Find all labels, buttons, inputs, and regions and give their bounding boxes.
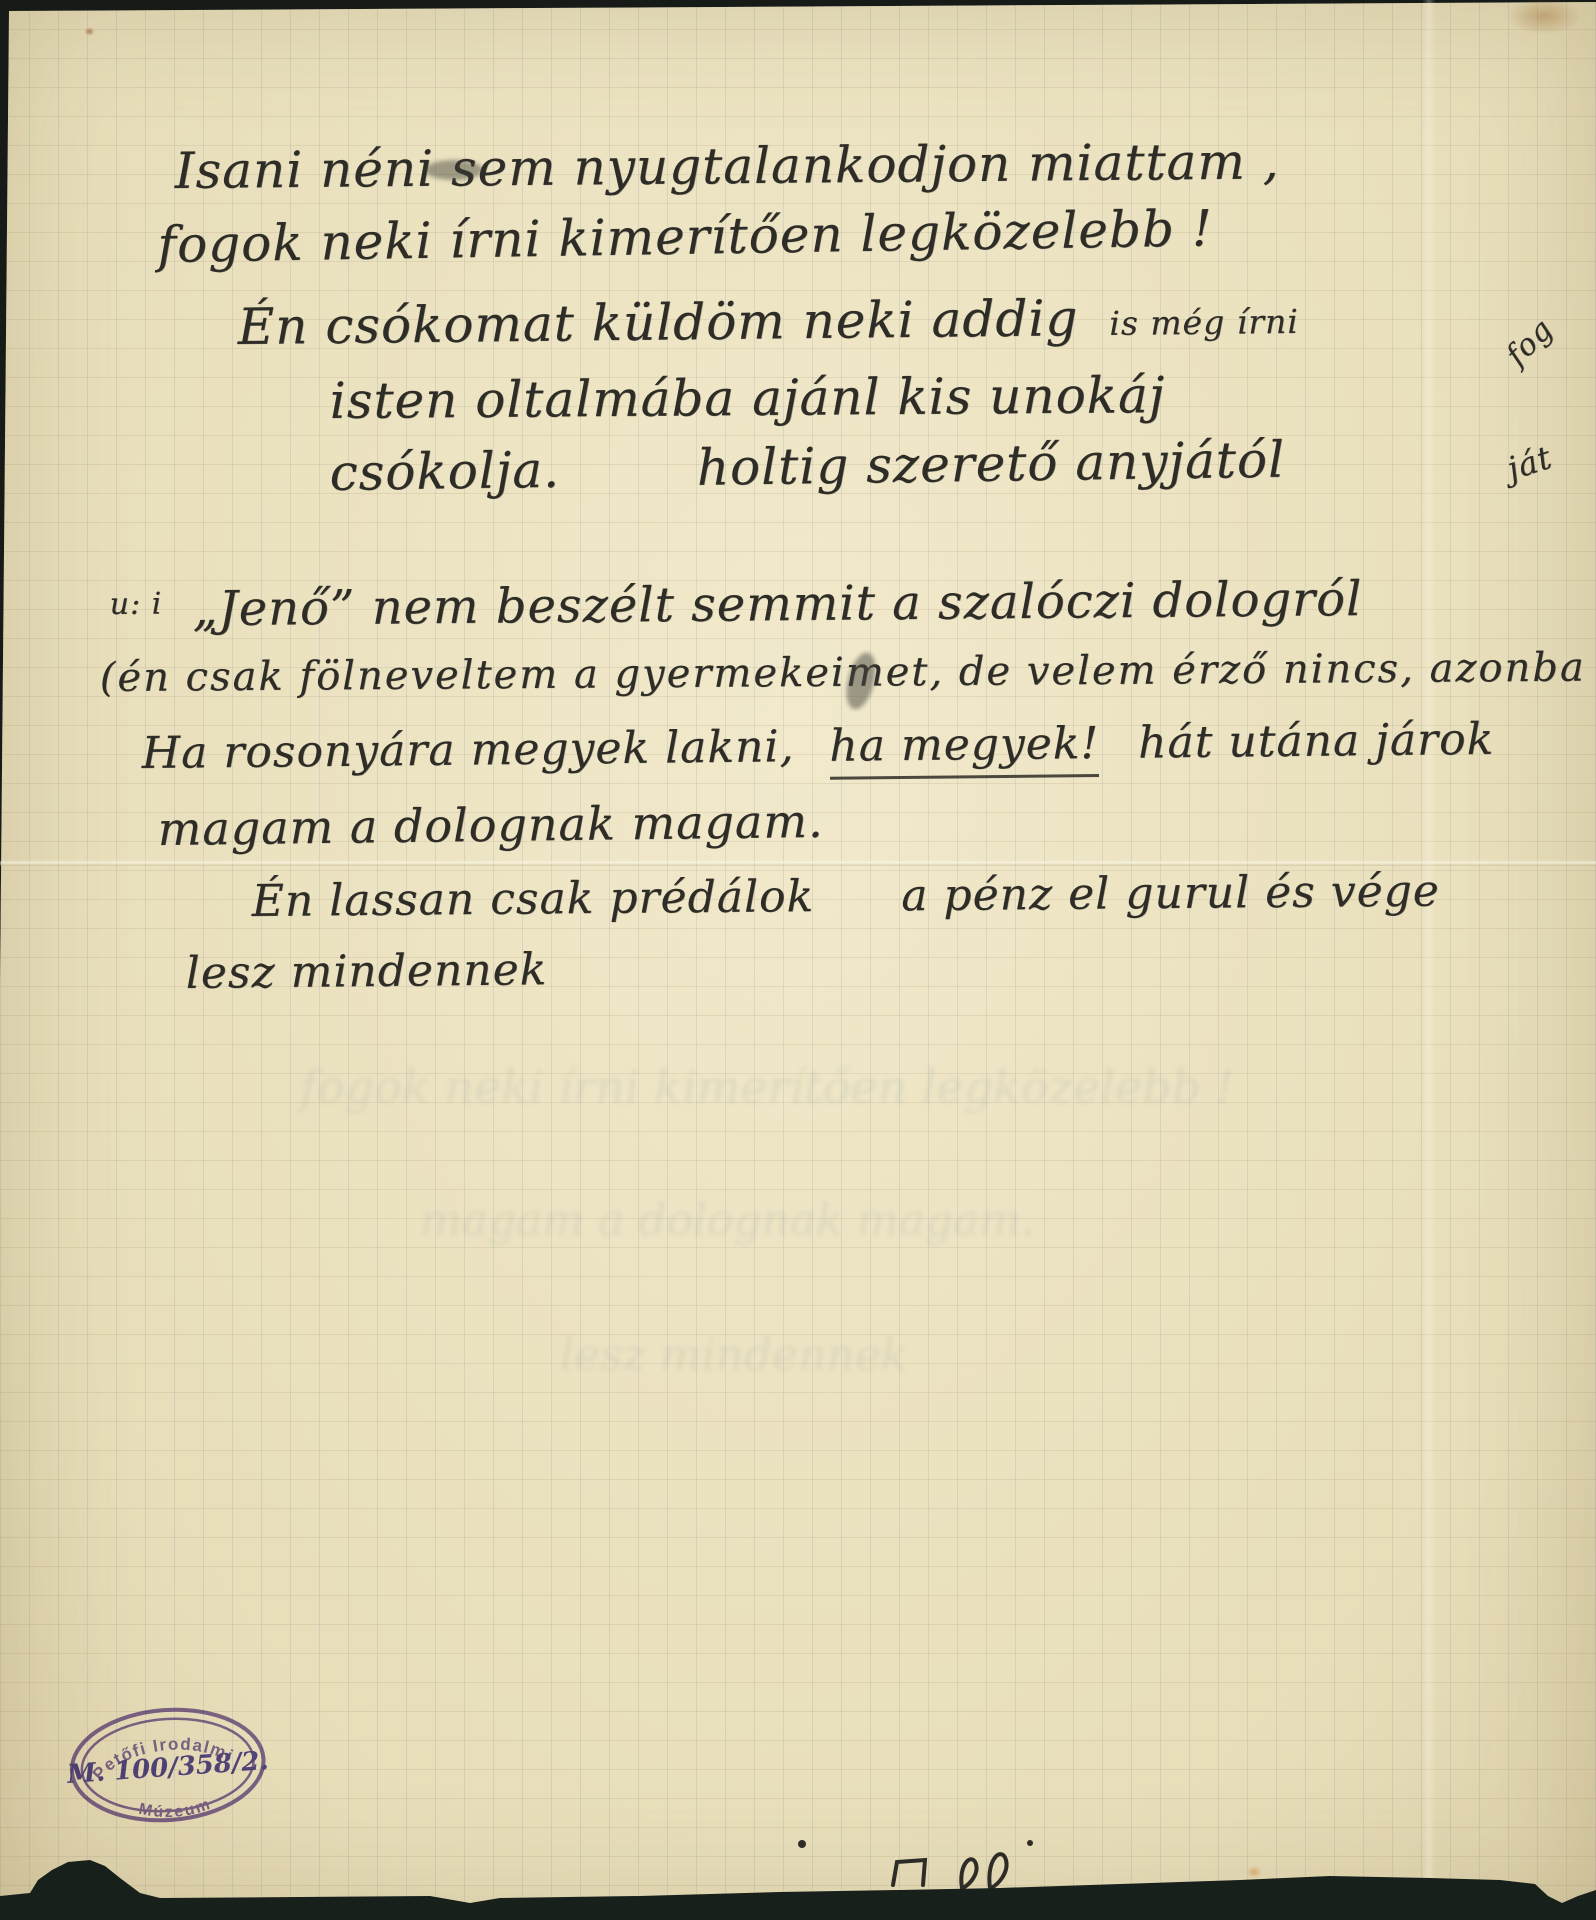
letter-scan: fogok neki írni kimerítően legközelebb !… xyxy=(0,0,1596,1920)
handwriting-line-10: Én lassan csak prédálok a pénz el gurul … xyxy=(252,866,1441,927)
stamp-bottom-text: Múzeum xyxy=(136,1795,214,1823)
handwriting-line-4: isten oltalmába ajánl kis unokáj xyxy=(330,366,1166,430)
fold-crease-vertical xyxy=(1422,0,1436,1920)
ink-remnant-strokes xyxy=(798,1840,1033,1888)
handwriting-line-10-a: Én lassan csak prédálok xyxy=(252,871,815,927)
stamp-inventory-number: M. 100/358/2. xyxy=(65,1746,269,1790)
handwriting-line-3: Én csókomat küldöm neki addig is még írn… xyxy=(237,287,1299,356)
handwriting-line-11: lesz mindennek xyxy=(185,944,547,999)
museum-stamp-svg: Petőfi Irodalmi Múzeum M. 100/358/2. xyxy=(62,1699,274,1835)
handwriting-line-6: u: i „Jenő” nem beszélt semmit a szalócz… xyxy=(110,571,1363,638)
handwriting-line-1: Isani néni sem nyugtalankodjon miattam , xyxy=(174,132,1279,200)
handwriting-line-8-c: hát utána járok xyxy=(1138,714,1495,769)
handwriting-line-8-a: Ha rosonyára megyek lakni, xyxy=(141,721,794,779)
handwriting-line-3-main: Én csókomat küldöm neki addig xyxy=(237,289,1078,356)
ghost-bleedthrough-3: lesz mindennek xyxy=(560,1330,908,1381)
underline-ha-megyek: ha megyek! xyxy=(829,718,1099,780)
ghost-bleedthrough-1: fogok neki írni kimerítően legközelebb ! xyxy=(300,1060,1234,1114)
closing-csokolja: csókolja. xyxy=(329,441,560,502)
handwriting-line-3-squeezed: is még írni xyxy=(1109,302,1299,343)
handwriting-line-10-b: a pénz el gurul és vége xyxy=(901,866,1440,922)
closing-signature: holtig szerető anyjától xyxy=(696,431,1285,497)
postscript-marker: u: i xyxy=(110,587,163,622)
museum-stamp: Petőfi Irodalmi Múzeum M. 100/358/2. xyxy=(62,1699,274,1839)
scan-backdrop: { "letter": { "l1": "Isani néni sem nyug… xyxy=(0,0,1596,1920)
torn-bottom-edge xyxy=(0,1840,1596,1920)
torn-edge-shape xyxy=(0,1860,1596,1920)
ghost-bleedthrough-2: magam a dolognak magam. xyxy=(420,1195,1035,1246)
fold-crease-horizontal xyxy=(0,860,1596,866)
ink-smudge-1 xyxy=(425,160,483,180)
handwriting-line-6-main: „Jenő” nem beszélt semmit a szalóczi dol… xyxy=(192,571,1362,637)
handwriting-line-9: magam a dolognak magam. xyxy=(157,794,824,856)
